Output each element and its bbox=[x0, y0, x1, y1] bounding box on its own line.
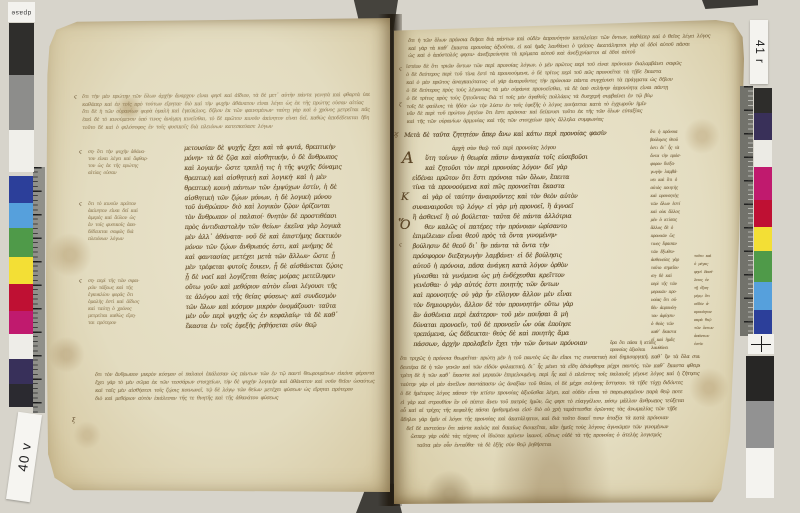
left-patch-blue bbox=[9, 176, 33, 203]
left-patch-green bbox=[9, 228, 33, 257]
ruler-left bbox=[33, 167, 45, 413]
manuscript-text-line: τοῦτο σημεῖον bbox=[651, 264, 695, 272]
margin-mark: ϛ bbox=[79, 202, 82, 207]
manuscript-text-line: δέδεικται σαφῶς διὰ bbox=[88, 229, 174, 236]
manuscript-text-line: παρὰ θεῷ bbox=[694, 316, 724, 324]
folio-label-verso: 40 v bbox=[6, 412, 42, 502]
left-patch-yellow bbox=[9, 257, 33, 284]
left-patch-red bbox=[9, 284, 33, 311]
manuscript-text-line: πάσσων, ἀρχὴν προλαβεῖν ἔχει τὴν τῶν ὄντ… bbox=[413, 339, 643, 350]
right-patch-gray-lower bbox=[746, 401, 774, 448]
manuscript-text-line: δὲν ἀπρονόη- bbox=[651, 304, 695, 312]
manuscript-text-line: τοῦτο καὶ bbox=[694, 252, 724, 260]
manuscript-text-line: νει καὶ ὅτι ὁ bbox=[650, 176, 694, 184]
manuscript-text-line: μερικῶν προ- bbox=[651, 288, 695, 296]
manuscript-text-line: ὅτι ἡ πρόνοια bbox=[650, 128, 694, 136]
right-patch-black bbox=[754, 88, 772, 113]
margin-mark: ϛ bbox=[79, 279, 82, 284]
registration-crosshair-icon bbox=[748, 334, 774, 354]
left-top-scholia: ὅτι τὴν μὲν πρώτην τῶν ὅλων ἀρχὴν ἄναρχο… bbox=[82, 92, 370, 133]
manuscript-text-line: ἐν τοῖς φυσικοῖς ἀπο- bbox=[88, 222, 174, 229]
left-margin-scholion-3: ση· περὶ τῆς τῶν σφαι-ρῶν τάξεως καὶ τῆς… bbox=[88, 278, 178, 327]
right-bottom-scholia: ὅτι τριχῶς ἡ πρόνοια θεωρεῖται· πρώτη μὲ… bbox=[400, 353, 701, 451]
right-main-text: ὕτη τοίνυν ἡ θεωρία πᾶσιν ἀναγκαία τοῖς … bbox=[412, 152, 643, 350]
manuscript-text-line: προνοῶν ὥς bbox=[651, 232, 695, 240]
left-patch-black-2 bbox=[9, 384, 33, 407]
initial-letter: Α bbox=[402, 150, 414, 166]
manuscript-text-line: τινες ἔφασαν bbox=[651, 240, 695, 248]
manuscript-text-line: ὁμαλὴς ἐστὶ καὶ ἀΐδιος bbox=[88, 299, 178, 306]
left-main-text: μετουσίαν δὲ ψυχῆς ἔχει καὶ τὰ φυτά, θρε… bbox=[184, 142, 366, 332]
manuscript-text-line: ὅρα ὅτι πᾶσα ἡ κτίσις bbox=[610, 339, 696, 346]
manuscript-text-line: φησὶ Βασί- bbox=[694, 268, 724, 276]
manuscript-text-line: οὐδὲν ἀ- bbox=[694, 300, 724, 308]
manuscript-text-line: πλειόνων λόγων bbox=[88, 236, 174, 243]
right-patch-white bbox=[754, 140, 772, 167]
left-bottom-scholia: ὅτι τὸν ἄνθρωπον μικρὸν κόσμον οἱ παλαιο… bbox=[95, 371, 377, 404]
left-margin-scholion-2: ὅτι τὸ κινοῦν πρῶτονἀκίνητον εἶναι δεῖ κ… bbox=[88, 201, 174, 243]
initial-letter: Κ bbox=[401, 192, 409, 203]
manuscript-text-line: τῶν ἔξωθεν· bbox=[651, 248, 695, 256]
manuscript-text-line: ὁ μέγας bbox=[694, 260, 724, 268]
manuscript-text-line: μέρῳ ὅτι bbox=[694, 292, 724, 300]
manuscript-text-line: φορον διεξα- bbox=[650, 160, 694, 168]
manuscript-text-line: τῇ ἑξαη- bbox=[694, 284, 724, 292]
left-patch-black bbox=[9, 23, 34, 75]
manuscript-text-line: καὶ λογικήν· ὥστε τριπλῆ τις ἡ τῆς ψυχῆς… bbox=[184, 162, 364, 173]
shelfmark-sticker-text: dpase bbox=[11, 9, 31, 16]
manuscript-text-line: ἕκαστα ἐν τοῖς ἐφεξῆς ῥηθήσεται σὺν θεῷ bbox=[186, 321, 366, 332]
margin-mark: ϗ bbox=[394, 131, 398, 138]
right-patch-darkviolet bbox=[754, 113, 772, 140]
manuscript-text-line: τον εἶναι λέγει καὶ ἄφθαρ- bbox=[88, 156, 174, 163]
right-margin-note: ὅρα ὅτι πᾶσα ἡ κτίσιςπρονοίας ἀξιοῦται bbox=[610, 339, 696, 353]
left-patch-white bbox=[9, 130, 34, 172]
margin-mark: ϛ bbox=[399, 67, 402, 72]
manuscript-text-line: ἀρχὴ σὺν θεῷ τοῦ περὶ προνοίας λόγου bbox=[452, 144, 602, 153]
manuscript-text-line: τον ἀφίησιν bbox=[651, 312, 695, 320]
right-patch-blue bbox=[754, 310, 772, 334]
right-patch-magenta bbox=[754, 167, 772, 200]
right-patch-red bbox=[754, 200, 772, 227]
manuscript-text-line: ρῶν τάξεως καὶ τῆς bbox=[88, 285, 178, 292]
right-margin-column-1: ὅτι ἡ πρόνοιαβούλησις θεοῦἐστι δι᾽ ἧς τὰ… bbox=[650, 128, 695, 352]
manuscript-text-line: λειος ἐν bbox=[694, 276, 724, 284]
manuscript-text-line: αἰτίας οὖσαν bbox=[88, 170, 174, 177]
manuscript-text-line: καὶ οὐκ ἄλλος bbox=[650, 208, 694, 216]
manuscript-text-line: καὶ ταύτῃ ὁ χρόνος bbox=[88, 306, 178, 313]
manuscript-text-line: τον ὡς ἐκ τῆς πρώτης bbox=[88, 163, 174, 170]
manuscript-text-line: διὸ καὶ μεθόριον αὐτὸν ἐκάλεσαν τῆς τε θ… bbox=[95, 394, 377, 403]
left-margin-scholion-1: ση· ὅτι τὴν ψυχὴν ἀθάνα-τον εἶναι λέγει … bbox=[88, 149, 174, 177]
right-patch-black-lower bbox=[746, 356, 774, 401]
manuscript-text-line: ἀμερὲς καὶ ἄϋλον ὡς bbox=[88, 215, 174, 222]
manuscript-text-line: μὲν τρέφεται φυτοῖς ἔοικεν, ᾗ δὲ αἰσθάνε… bbox=[185, 261, 365, 272]
manuscript-text-line: ση· ὅτι τὴν ψυχὴν ἀθάνα- bbox=[88, 149, 174, 156]
left-patch-white-2 bbox=[9, 334, 33, 359]
manuscript-text-line: τῶν ὄντων bbox=[694, 324, 724, 332]
manuscript-text-line: ἐγκυκλίου φορᾶς ὅτι bbox=[88, 292, 178, 299]
right-top-scholia-b: ἰστέον δὲ ὅτι τριῶν ὄντων τῶν περὶ προνο… bbox=[406, 60, 707, 127]
right-top-scholia-a: ὅτι ἡ τῶν ὅλων πρόνοια διήκει διὰ πάντων… bbox=[408, 33, 714, 61]
manuscript-text-line: ἄλλος δὲ ὁ bbox=[651, 224, 695, 232]
left-patch-magenta bbox=[9, 311, 33, 334]
right-patch-white-lower bbox=[746, 448, 774, 498]
right-patch-yellow bbox=[754, 227, 772, 251]
manuscript-text-line: ἀκίνητον εἶναι δεῖ καὶ bbox=[88, 208, 174, 215]
manuscript-text-line: ται πρότερον bbox=[88, 320, 178, 327]
left-patch-lightblue bbox=[9, 203, 33, 228]
manuscript-text-line: τῶν ὅλων ἐστί bbox=[650, 200, 694, 208]
manuscript-text-line: βούλησις θεοῦ bbox=[650, 136, 694, 144]
right-margin-column-2: τοῦτο καὶὁ μέγαςφησὶ Βασί-λειος ἐντῇ ἑξα… bbox=[694, 252, 724, 348]
cradle-edge-top-right bbox=[702, 0, 758, 9]
manuscript-text-line: καθ᾽ ἕκαστα bbox=[651, 328, 695, 336]
margin-mark: ϛ bbox=[79, 150, 82, 155]
manuscript-text-line: προνοίας ἀξιοῦται bbox=[610, 346, 696, 353]
manuscript-text-line: ὁ θεὸς τῶν bbox=[651, 320, 695, 328]
right-patch-green bbox=[754, 251, 772, 282]
manuscript-text-line: ση· δὲ καὶ bbox=[651, 272, 695, 280]
folio-label-recto-text: 41 r bbox=[753, 40, 765, 64]
ruler-right bbox=[740, 86, 753, 336]
manuscript-text-line: αὐτὸς ποιητὴς bbox=[650, 184, 694, 192]
manuscript-text-line: μετρεῖται καθὼς εἴρη- bbox=[88, 313, 178, 320]
manuscript-text-line: ἀσθενείας γὰρ bbox=[651, 256, 695, 264]
manuscript-text-line: ση· περὶ τῆς τῶν σφαι- bbox=[88, 278, 178, 285]
manuscript-text-line: νοίας ὅτι οὐ- bbox=[651, 296, 695, 304]
manuscript-text-line: ὄντα τὴν πρόσ- bbox=[650, 152, 694, 160]
manuscript-text-line: περὶ τῆς τῶν bbox=[651, 280, 695, 288]
photo-stage: dpase 40 v 41 r ὅτι τὴν μὲν πρώτην τῶν ὅ… bbox=[0, 0, 800, 513]
margin-mark: ϛ bbox=[399, 243, 402, 248]
folio-label-verso-text: 40 v bbox=[15, 441, 34, 472]
manuscript-text-line: γωγὴν λαμβά- bbox=[650, 168, 694, 176]
shelfmark-sticker: dpase bbox=[8, 2, 35, 22]
folio-label-recto: 41 r bbox=[750, 20, 768, 84]
manuscript-text-line: προνόητον bbox=[694, 308, 724, 316]
right-patch-lightblue bbox=[754, 282, 772, 310]
left-patch-darkviolet bbox=[9, 359, 33, 384]
manuscript-text-line: μὲν ὁ κτίσας bbox=[650, 216, 694, 224]
margin-mark: ξ bbox=[72, 418, 75, 424]
margin-mark: ζ bbox=[399, 103, 402, 108]
left-patch-gray bbox=[9, 75, 34, 130]
manuscript-text-line: καὶ προνοητὴς bbox=[650, 192, 694, 200]
manuscript-text-line: ἐστι δι᾽ ἧς τὰ bbox=[650, 144, 694, 152]
manuscript-text-line: ἐστίν bbox=[694, 340, 724, 348]
right-subheading: ἀρχὴ σὺν θεῷ τοῦ περὶ προνοίας λόγου bbox=[452, 144, 602, 153]
initial-letter: Ὅ bbox=[398, 219, 411, 232]
manuscript-text-line: ἁπάντων bbox=[694, 332, 724, 340]
manuscript-text-line: ὅτι τὸ κινοῦν πρῶτον bbox=[88, 201, 174, 208]
margin-mark: ϛ bbox=[74, 95, 77, 100]
